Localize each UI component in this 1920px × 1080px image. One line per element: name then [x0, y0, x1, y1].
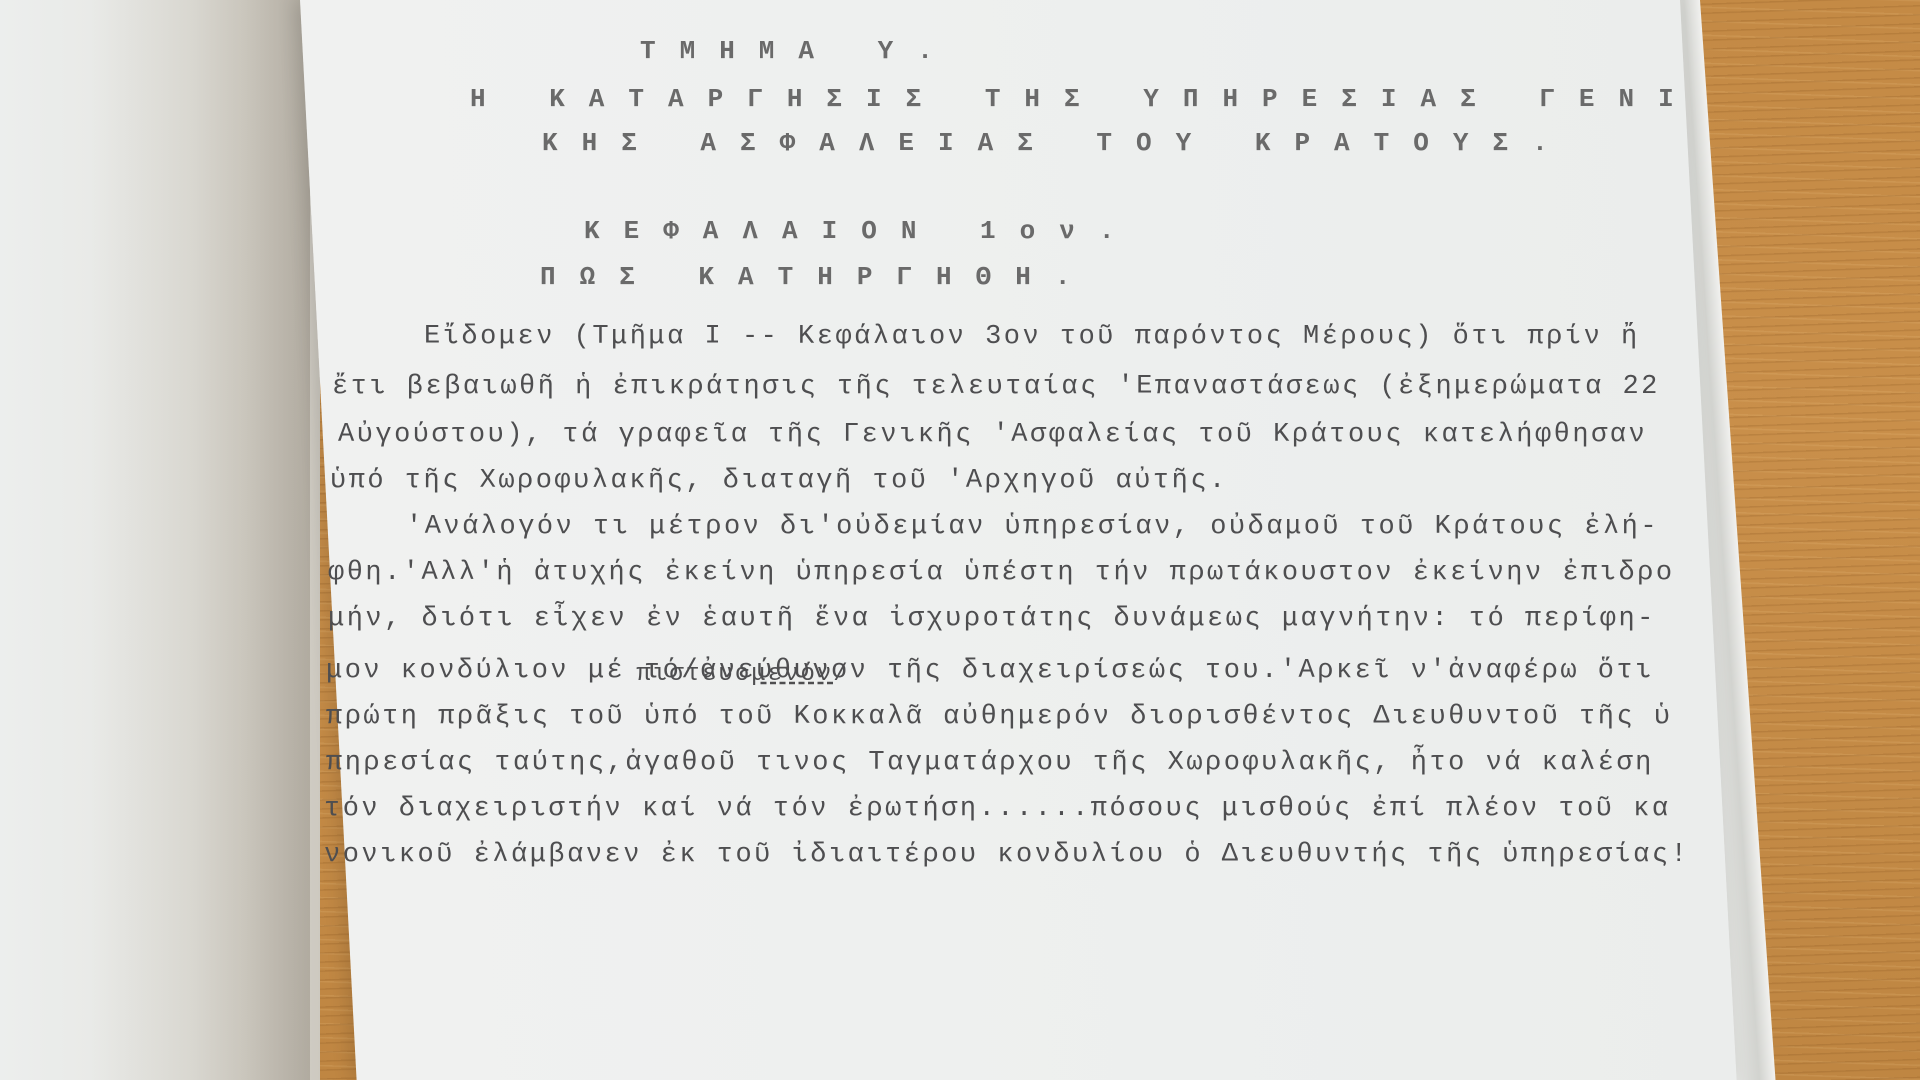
- title-line-2: ΚΗΣ ΑΣΦΑΛΕΙΑΣ ΤΟΥ ΚΡΑΤΟΥΣ.: [542, 128, 1572, 158]
- text-line-5: 'Ανάλογόν τι μέτρον δι'οὐδεμίαν ὑπηρεσία…: [406, 512, 1659, 542]
- text-line-10: πηρεσίας ταύτης,ἀγαθοῦ τινος Ταγματάρχου…: [326, 748, 1654, 778]
- text-line-2: ἔτι βεβαιωθῆ ἡ ἐπικράτησις τῆς τελευταία…: [332, 372, 1660, 402]
- text-line-3: Αὐγούστου), τά γραφεῖα τῆς Γενικῆς 'Ασφα…: [338, 420, 1647, 450]
- typewritten-page: ΤΜΗΜΑ Υ. Η ΚΑΤΑΡΓΗΣΙΣ ΤΗΣ ΥΠΗΡΕΣΙΑΣ ΓΕΝΙ…: [300, 0, 1737, 1080]
- text-line-12: νονικοῦ ἐλάμβανεν ἐκ τοῦ ἰδιαιτέρου κονδ…: [324, 840, 1689, 870]
- title-line-1: Η ΚΑΤΑΡΓΗΣΙΣ ΤΗΣ ΥΠΗΡΕΣΙΑΣ ΓΕΝΙ: [470, 84, 1698, 114]
- text-line-9: πρώτη πρᾶξις τοῦ ὑπό τοῦ Κοκκαλᾶ αὐθημερ…: [326, 702, 1673, 732]
- chapter-title: ΠΩΣ ΚΑΤΗΡΓΗΘΗ.: [540, 262, 1094, 292]
- section-heading: ΤΜΗΜΑ Υ.: [640, 36, 957, 66]
- book-gutter-shadow: [90, 0, 310, 1080]
- text-line-8: μον κονδύλιον μέ τό/ἀνεύθυνον τῆς διαχει…: [326, 656, 1654, 686]
- text-line-6: φθη.'Αλλ'ἡ ἀτυχής ἐκείνη ὑπηρεσία ὑπέστη…: [328, 558, 1675, 588]
- chapter-heading: ΚΕΦΑΛΑΙΟΝ 1ον.: [584, 216, 1138, 246]
- text-line-1: Εἴδομεν (Τμῆμα Ι -- Κεφάλαιον 3ον τοῦ πα…: [424, 322, 1640, 352]
- text-line-11: τόν διαχειριστήν καί νά τόν ἐρωτήση.....…: [324, 794, 1671, 824]
- text-line-4: ὑπό τῆς Χωροφυλακῆς, διαταγῆ τοῦ 'Αρχηγο…: [330, 466, 1228, 496]
- text-line-7: μήν, διότι εἶχεν ἐν ἑαυτῆ ἕνα ἰσχυροτάτη…: [328, 604, 1656, 634]
